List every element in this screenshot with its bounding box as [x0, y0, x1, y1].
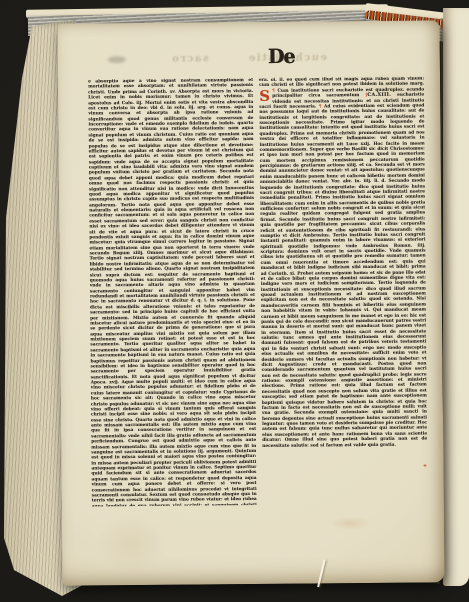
facing-page-edge	[443, 8, 469, 586]
chapter-label: CA.XIII.	[367, 92, 391, 98]
running-title: De	[268, 45, 295, 68]
book-photo: eucharistie sacro De e absorptio aque a …	[0, 0, 469, 602]
right-column-body: Ad cuius evidentiam est sciendum quod no…	[259, 103, 427, 448]
page-tear	[317, 560, 325, 588]
rubric-initial: S	[259, 90, 271, 103]
red-ink-spot	[423, 464, 426, 466]
right-column: era. oi. il. eo quod cum illud sit magis…	[259, 76, 428, 504]
text-block: e absorptio aque a vino signat nostram c…	[88, 76, 428, 506]
page: eucharistie sacro De e absorptio aque a …	[58, 20, 445, 585]
showthrough-text: eucharistie sacro	[94, 52, 404, 66]
left-column-text: e absorptio aque a vino signat nostram c…	[88, 78, 257, 506]
left-column: e absorptio aque a vino signat nostram c…	[88, 78, 257, 506]
